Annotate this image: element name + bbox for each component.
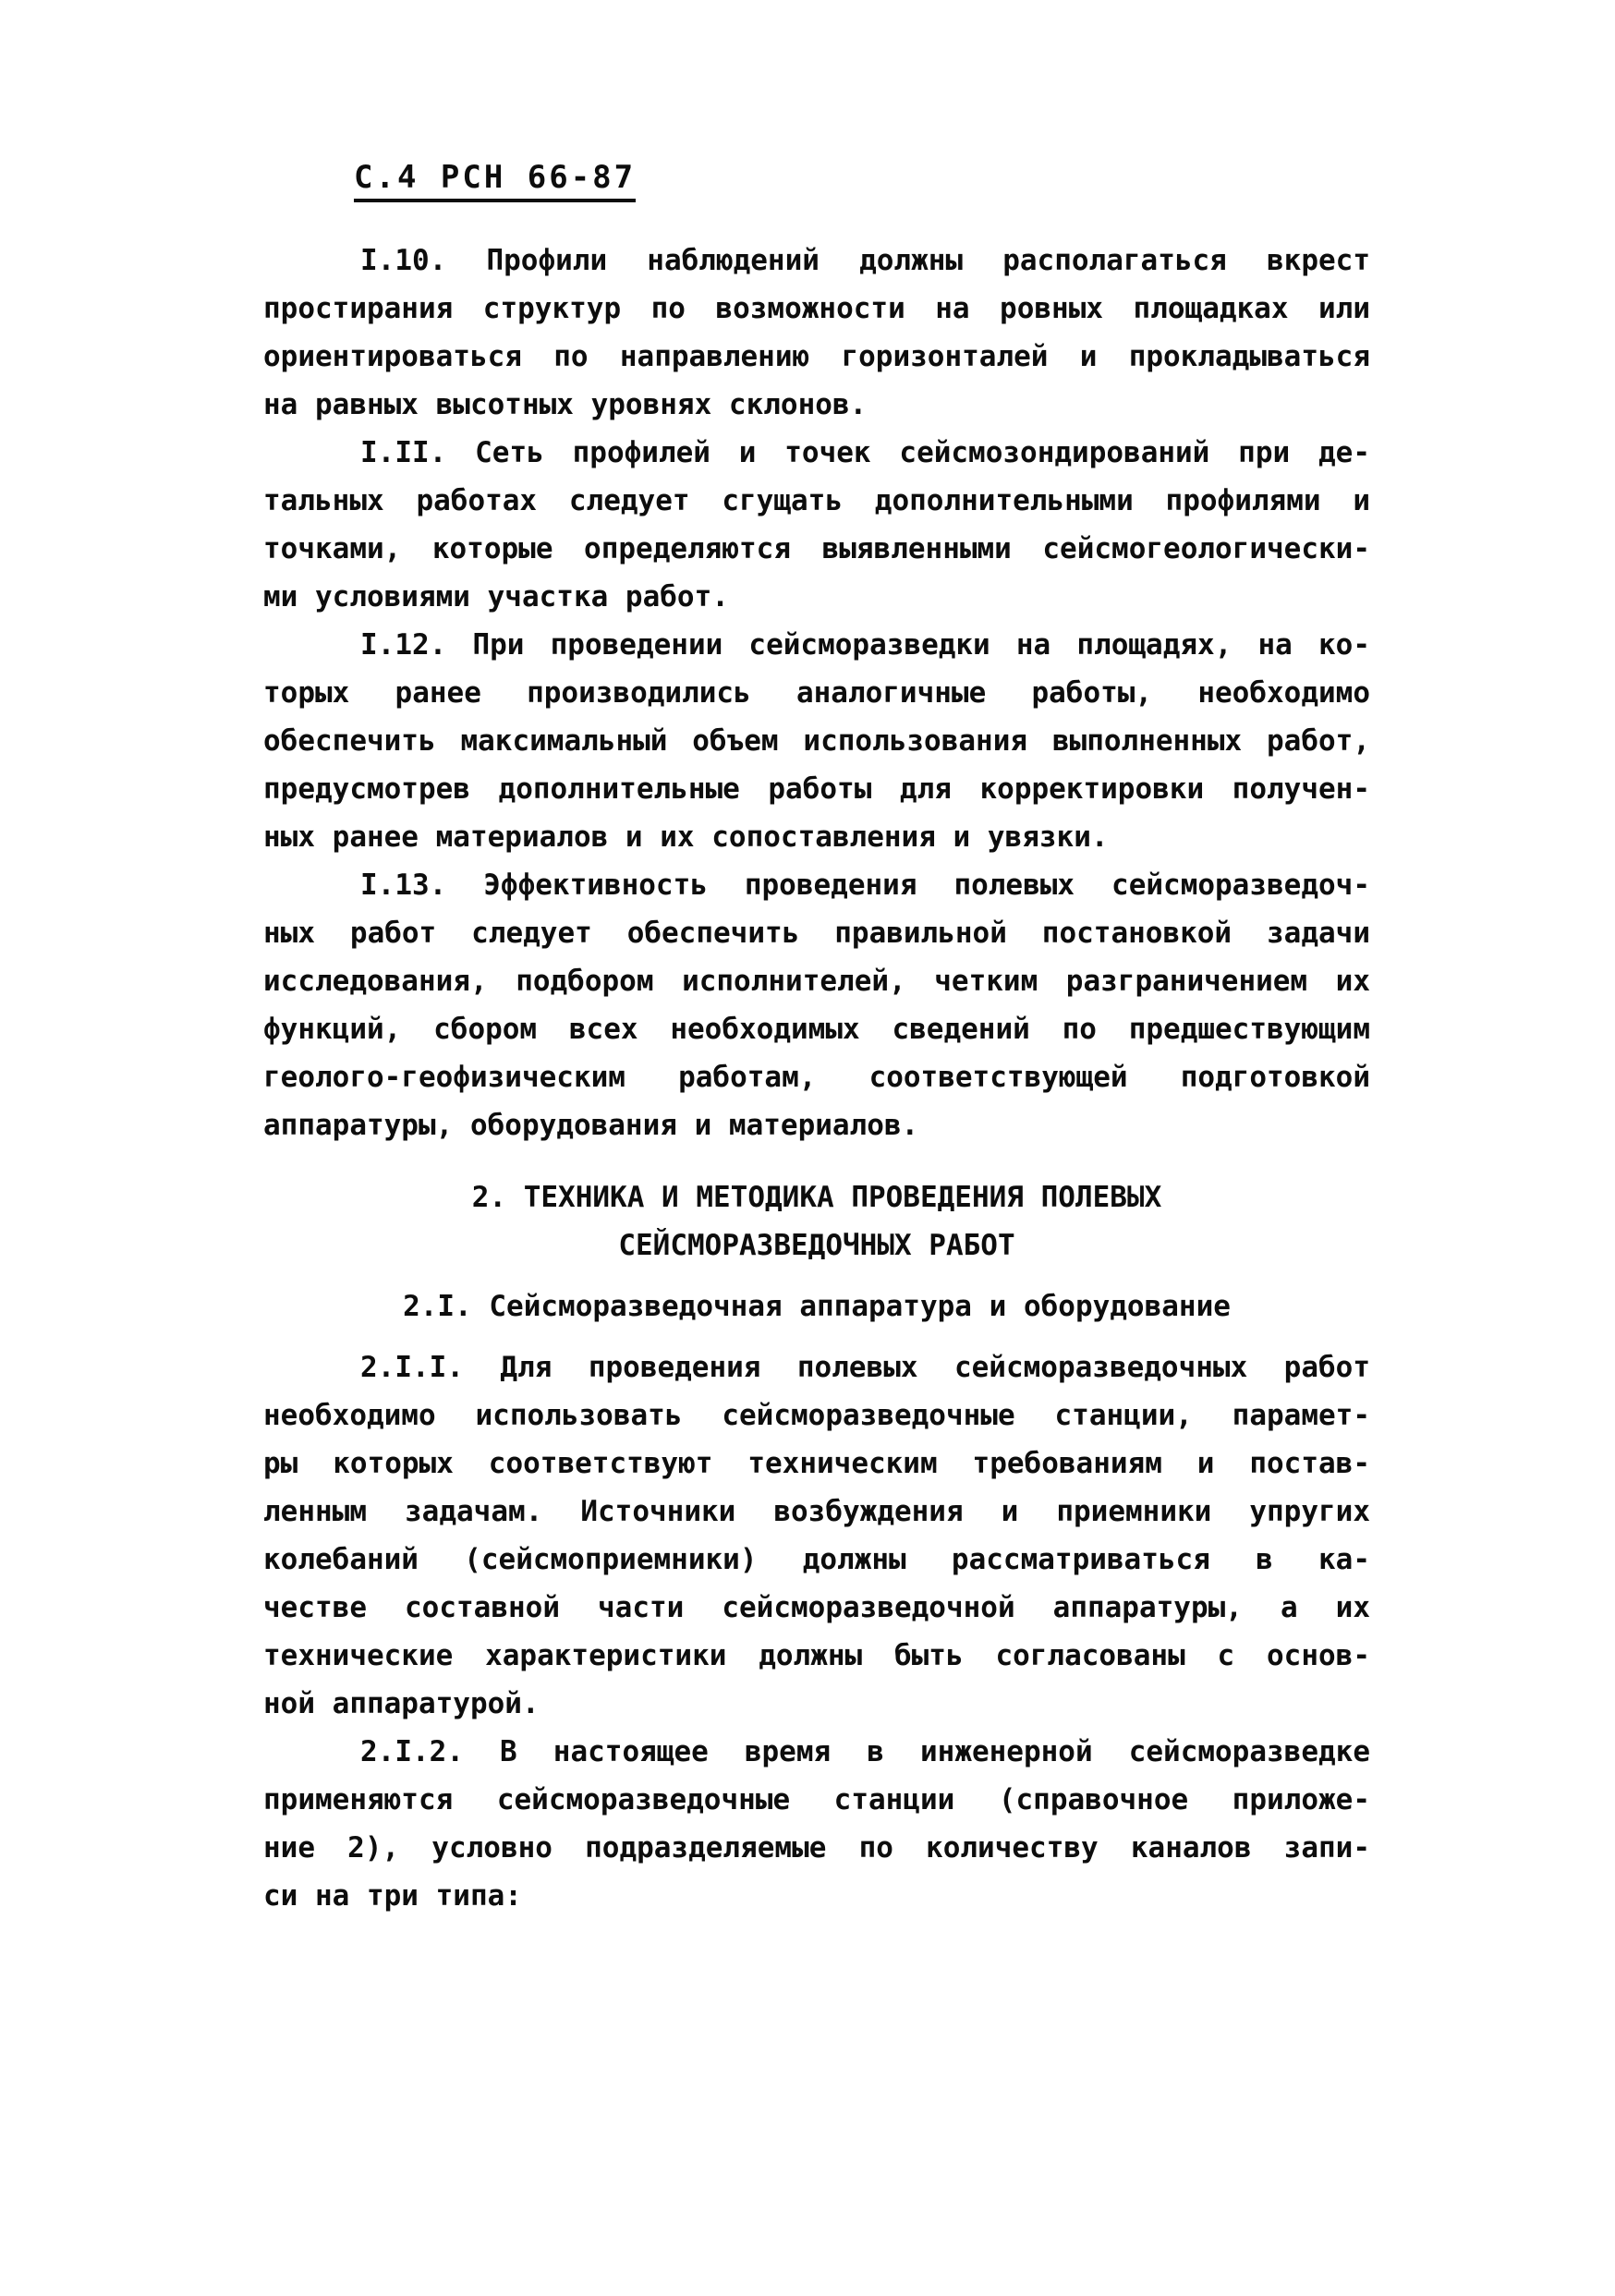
text-line: 2.I.2. В настоящее время в инженерной се… [263,1728,1370,1776]
paragraph-2.I.2: 2.I.2. В настоящее время в инженерной се… [263,1728,1370,1920]
text-line: геолого-геофизическим работам, соответст… [263,1053,1370,1101]
text-line: аппаратуры, оборудования и материалов. [263,1101,1370,1149]
text-line: колебаний (сейсмоприемники) должны рассм… [263,1536,1370,1584]
text-line: простирания структур по возможности на р… [263,285,1370,333]
text-line: необходимо использовать сейсморазведочны… [263,1391,1370,1440]
text-line: 2.I.I. Для проведения полевых сейсморазв… [263,1343,1370,1391]
text-line: ных работ следует обеспечить правильной … [263,909,1370,957]
text-line: функций, сбором всех необходимых сведени… [263,1005,1370,1053]
text-line: 2. ТЕХНИКА И МЕТОДИКА ПРОВЕДЕНИЯ ПОЛЕВЫХ [263,1173,1370,1221]
text-line: обеспечить максимальный объем использова… [263,717,1370,765]
text-line: ры которых соответствуют техническим тре… [263,1440,1370,1488]
text-line: I.II. Сеть профилей и точек сейсмозондир… [263,429,1370,477]
text-line: точками, которые определяются выявленным… [263,525,1370,573]
text-line: тальных работах следует сгущать дополнит… [263,477,1370,525]
text-line: I.12. При проведении сейсморазведки на п… [263,621,1370,669]
paragraph-I.13: I.13. Эффективность проведения полевых с… [263,861,1370,1149]
text-line: честве составной части сейсморазведочной… [263,1584,1370,1632]
text-line: СЕЙСМОРАЗВЕДОЧНЫХ РАБОТ [263,1221,1370,1269]
heading-2: 2. ТЕХНИКА И МЕТОДИКА ПРОВЕДЕНИЯ ПОЛЕВЫХ… [263,1173,1370,1269]
text-line: ми условиями участка работ. [263,573,1370,621]
paragraph-I.II: I.II. Сеть профилей и точек сейсмозондир… [263,429,1370,621]
text-line: ленным задачам. Источники возбуждения и … [263,1488,1370,1536]
text-line: I.10. Профили наблюдений должны располаг… [263,237,1370,285]
text-line: ных ранее материалов и их сопоставления … [263,813,1370,861]
paragraph-I.10: I.10. Профили наблюдений должны располаг… [263,237,1370,429]
text-line: ние 2), условно подразделяемые по количе… [263,1824,1370,1872]
paragraph-I.12: I.12. При проведении сейсморазведки на п… [263,621,1370,861]
text-line: I.13. Эффективность проведения полевых с… [263,861,1370,909]
paragraph-2.I.I: 2.I.I. Для проведения полевых сейсморазв… [263,1343,1370,1728]
text-line: применяются сейсморазведочные станции (с… [263,1776,1370,1824]
subheading-2.I: 2.I. Сейсморазведочная аппаратура и обор… [263,1282,1370,1330]
text-line: на равных высотных уровнях склонов. [263,381,1370,429]
document-body: I.10. Профили наблюдений должны располаг… [263,237,1370,1920]
text-line: 2.I. Сейсморазведочная аппаратура и обор… [263,1282,1370,1330]
text-line: технические характеристики должны быть с… [263,1632,1370,1680]
text-line: исследования, подбором исполнителей, чет… [263,957,1370,1005]
text-line: предусмотрев дополнительные работы для к… [263,765,1370,813]
text-line: си на три типа: [263,1872,1370,1920]
text-line: ной аппаратурой. [263,1680,1370,1728]
document-page: С.4 РСН 66-87 I.10. Профили наблюдений д… [0,0,1615,2296]
text-line: ориентироваться по направлению горизонта… [263,333,1370,381]
page-header: С.4 РСН 66-87 [354,159,636,202]
text-line: торых ранее производились аналогичные ра… [263,669,1370,717]
